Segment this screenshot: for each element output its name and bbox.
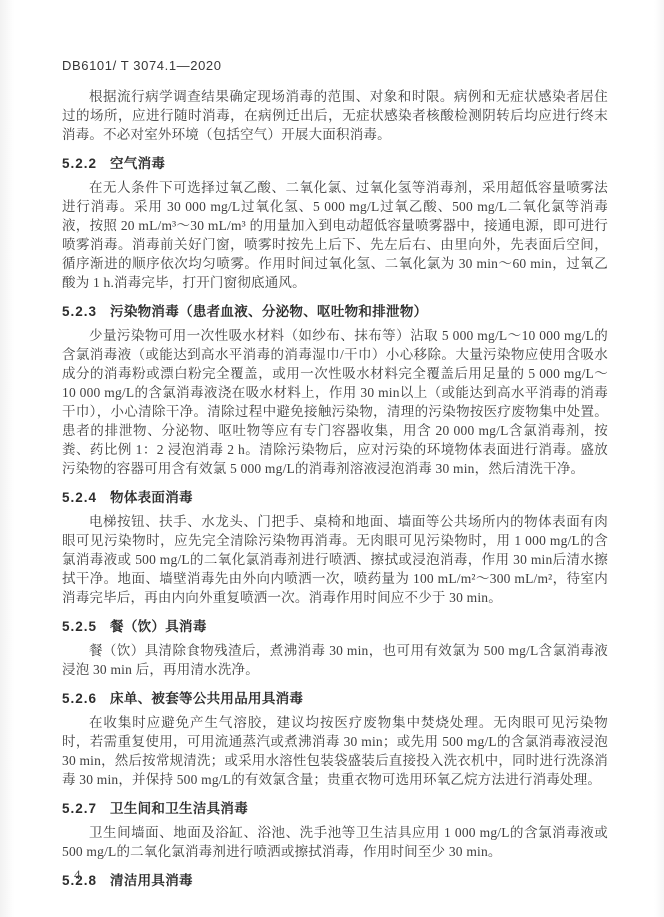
section-title: 清洁用具消毒 xyxy=(110,873,193,888)
page-number: 4 xyxy=(74,867,81,883)
document-code-header: DB6101/ T 3074.1—2020 xyxy=(62,58,608,74)
section-5-2-5: 5.2.5餐（饮）具消毒 餐（饮）具清除食物残渣后，煮沸消毒 30 min，也可… xyxy=(62,619,608,679)
section-title: 卫生间和卫生洁具消毒 xyxy=(110,801,248,816)
section-number: 5.2.5 xyxy=(62,619,97,635)
intro-paragraph: 根据流行病学调查结果确定现场消毒的范围、对象和时限。病例和无症状感染者居住过的场… xyxy=(62,87,608,144)
section-heading: 5.2.7卫生间和卫生洁具消毒 xyxy=(62,801,608,817)
section-heading: 5.2.5餐（饮）具消毒 xyxy=(62,619,608,635)
section-5-2-3: 5.2.3污染物消毒（患者血液、分泌物、呕吐物和排泄物） 少量污染物可用一次性吸… xyxy=(62,304,608,478)
section-heading: 5.2.2空气消毒 xyxy=(62,156,608,172)
section-5-2-6: 5.2.6床单、被套等公共用品用具消毒 在收集时应避免产生气溶胶，建议均按医疗废… xyxy=(62,691,608,789)
section-body: 少量污染物可用一次性吸水材料（如纱布、抹布等）沾取 5 000 mg/L～10 … xyxy=(62,326,608,478)
section-title: 物体表面消毒 xyxy=(110,490,193,505)
section-heading: 5.2.3污染物消毒（患者血液、分泌物、呕吐物和排泄物） xyxy=(62,304,608,320)
section-heading: 5.2.4物体表面消毒 xyxy=(62,490,608,506)
section-heading: 5.2.6床单、被套等公共用品用具消毒 xyxy=(62,691,608,707)
section-body: 在无人条件下可选择过氧乙酸、二氧化氯、过氧化氢等消毒剂，采用超低容量喷雾法进行消… xyxy=(62,178,608,292)
section-body: 在收集时应避免产生气溶胶，建议均按医疗废物集中焚烧处理。无肉眼可见污染物时，若需… xyxy=(62,713,608,789)
section-5-2-4: 5.2.4物体表面消毒 电梯按钮、扶手、水龙头、门把手、桌椅和地面、墙面等公共场… xyxy=(62,490,608,607)
section-body: 卫生间墙面、地面及浴缸、浴池、洗手池等卫生洁具应用 1 000 mg/L的含氯消… xyxy=(62,823,608,861)
section-title: 餐（饮）具消毒 xyxy=(110,619,207,634)
section-number: 5.2.7 xyxy=(62,801,97,817)
section-number: 5.2.6 xyxy=(62,691,97,707)
section-number: 5.2.2 xyxy=(62,156,97,172)
section-title: 床单、被套等公共用品用具消毒 xyxy=(110,691,303,706)
section-body: 电梯按钮、扶手、水龙头、门把手、桌椅和地面、墙面等公共场所内的物体表面有肉眼可见… xyxy=(62,512,608,607)
section-title: 污染物消毒（患者血液、分泌物、呕吐物和排泄物） xyxy=(110,304,427,319)
section-5-2-2: 5.2.2空气消毒 在无人条件下可选择过氧乙酸、二氧化氯、过氧化氢等消毒剂，采用… xyxy=(62,156,608,292)
section-body: 餐（饮）具清除食物残渣后，煮沸消毒 30 min，也可用有效氯为 500 mg/… xyxy=(62,641,608,679)
section-heading: 5.2.8清洁用具消毒 xyxy=(62,873,608,889)
section-5-2-8: 5.2.8清洁用具消毒 xyxy=(62,873,608,889)
section-number: 5.2.3 xyxy=(62,304,97,320)
document-page: DB6101/ T 3074.1—2020 根据流行病学调查结果确定现场消毒的范… xyxy=(0,0,664,917)
section-number: 5.2.4 xyxy=(62,490,97,506)
section-5-2-7: 5.2.7卫生间和卫生洁具消毒 卫生间墙面、地面及浴缸、浴池、洗手池等卫生洁具应… xyxy=(62,801,608,861)
section-title: 空气消毒 xyxy=(110,156,165,171)
